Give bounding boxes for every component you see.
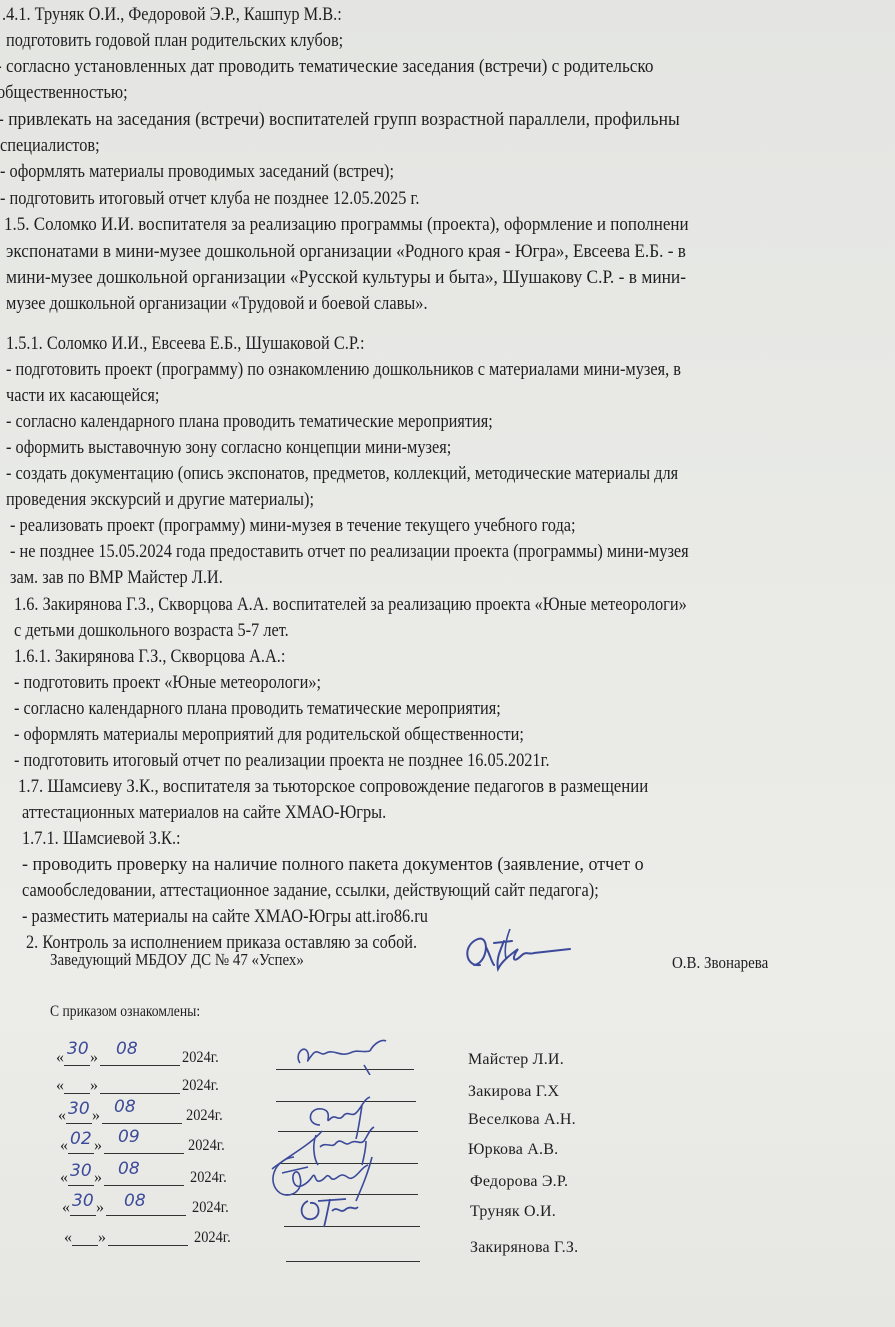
text-line: - не позднее 15.05.2024 года предоставит… bbox=[10, 541, 689, 563]
day-blank bbox=[64, 1075, 90, 1094]
year: 2024г. bbox=[192, 1199, 229, 1217]
month-blank bbox=[106, 1197, 186, 1216]
text-line: - подготовить итоговый отчет по реализац… bbox=[14, 750, 550, 772]
open-quote: « bbox=[58, 1107, 66, 1125]
text-line: - проводить проверку на наличие полного … bbox=[22, 854, 644, 876]
text-line: - подготовить проект (программу) по озна… bbox=[6, 359, 681, 381]
text-line: аттестационных материалов на сайте ХМАО-… bbox=[22, 802, 386, 824]
year: 2024г. bbox=[186, 1107, 223, 1125]
month-handwritten: 09 bbox=[118, 1127, 140, 1147]
text-line: мини-музее дошкольной организации «Русск… bbox=[6, 267, 686, 289]
month-blank bbox=[104, 1167, 184, 1186]
text-line: 1.6.1. Закирянова Г.З., Скворцова А.А.: bbox=[14, 646, 285, 668]
close-quote: » bbox=[94, 1137, 102, 1155]
text-line: проведения экскурсий и другие материалы)… bbox=[6, 489, 314, 511]
employee-name: Закирянова Г.З. bbox=[470, 1239, 578, 1257]
open-quote: « bbox=[60, 1169, 68, 1187]
employee-name: Труняк О.И. bbox=[470, 1203, 556, 1221]
text-line: - оформлять материалы мероприятий для ро… bbox=[14, 724, 524, 746]
text-line: части их касающейся; bbox=[6, 385, 159, 407]
year: 2024г. bbox=[194, 1229, 231, 1247]
text-line: экспонатами в мини-музее дошкольной орга… bbox=[6, 241, 686, 263]
text-line: - оформлять материалы проводимых заседан… bbox=[0, 161, 394, 183]
close-quote: » bbox=[98, 1229, 106, 1247]
year: 2024г. bbox=[188, 1137, 225, 1155]
employee-name: Юркова А.В. bbox=[468, 1141, 558, 1159]
text-line: - реализовать проект (программу) мини-му… bbox=[10, 515, 576, 537]
text-line: - подготовить итоговый отчет клуба не по… bbox=[0, 188, 419, 210]
month-blank bbox=[100, 1047, 180, 1066]
month-blank bbox=[108, 1227, 188, 1246]
month-handwritten: 08 bbox=[118, 1159, 140, 1179]
year: 2024г. bbox=[182, 1049, 219, 1067]
open-quote: « bbox=[56, 1049, 64, 1067]
text-line: - привлекать на заседания (встречи) восп… bbox=[0, 109, 680, 131]
text-line: зам. зав по ВМР Майстер Л.И. bbox=[10, 567, 223, 589]
day-blank bbox=[72, 1227, 98, 1246]
employee-name: Веселкова А.Н. bbox=[468, 1111, 576, 1129]
month-handwritten: 08 bbox=[124, 1191, 146, 1211]
employee-name: Федорова Э.Р. bbox=[470, 1173, 568, 1191]
director-name: О.В. Звонарева bbox=[672, 953, 768, 973]
close-quote: » bbox=[96, 1199, 104, 1217]
year: 2024г. bbox=[182, 1077, 219, 1095]
day-handwritten: 02 bbox=[70, 1129, 92, 1149]
text-line: самообследовании, аттестационное задание… bbox=[22, 880, 599, 902]
text-line: специалистов; bbox=[0, 135, 100, 157]
day-handwritten: 30 bbox=[68, 1099, 90, 1119]
day-handwritten: 30 bbox=[67, 1039, 89, 1059]
text-line: - согласно установленных дат проводить т… bbox=[0, 56, 654, 78]
text-line: 1.7.1. Шамсиевой З.К.: bbox=[22, 828, 181, 850]
employee-name: Закирова Г.Х bbox=[468, 1083, 559, 1101]
text-line: - разместить материалы на сайте ХМАО-Югр… bbox=[22, 906, 428, 928]
open-quote: « bbox=[64, 1229, 72, 1247]
text-line: - согласно календарного плана проводить … bbox=[6, 411, 493, 433]
text-line: с детьми дошкольного возраста 5-7 лет. bbox=[14, 620, 289, 642]
month-blank bbox=[100, 1075, 180, 1094]
text-line: общественностью; bbox=[0, 82, 128, 104]
director-position: Заведующий МБДОУ ДС № 47 «Успех» bbox=[50, 950, 304, 970]
document-page: .4.1. Труняк О.И., Федоровой Э.Р., Кашпу… bbox=[0, 0, 895, 1327]
text-line: - согласно календарного плана проводить … bbox=[14, 698, 501, 720]
text-line: - создать документацию (опись экспонатов… bbox=[6, 463, 678, 485]
employee-name: Майстер Л.И. bbox=[468, 1051, 564, 1069]
text-line: - оформить выставочную зону согласно кон… bbox=[6, 437, 451, 459]
open-quote: « bbox=[56, 1077, 64, 1095]
signature-line bbox=[286, 1260, 420, 1262]
text-line: - подготовить проект «Юные метеорологи»; bbox=[14, 672, 321, 694]
day-handwritten: 30 bbox=[70, 1161, 92, 1181]
text-line: .4.1. Труняк О.И., Федоровой Э.Р., Кашпу… bbox=[2, 4, 342, 26]
text-line: 1.5. Соломко И.И. воспитателя за реализа… bbox=[4, 214, 689, 236]
text-line: 1.6. Закирянова Г.З., Скворцова А.А. вос… bbox=[14, 594, 687, 616]
acknowledgement-row: « 30 » 08 2024г. Труняк О.И. bbox=[0, 1195, 895, 1225]
month-handwritten: 08 bbox=[114, 1097, 136, 1117]
month-blank bbox=[104, 1135, 184, 1154]
director-signature-icon bbox=[460, 925, 590, 985]
text-line: музее дошкольной организации «Трудовой и… bbox=[6, 293, 428, 315]
text-line: 1.7. Шамсиеву З.К., воспитателя за тьюто… bbox=[18, 776, 648, 798]
open-quote: « bbox=[62, 1199, 70, 1217]
acknowledgement-row: « 30 » 08 2024г. Майстер Л.И. bbox=[0, 1047, 895, 1077]
year: 2024г. bbox=[190, 1169, 227, 1187]
close-quote: » bbox=[90, 1077, 98, 1095]
open-quote: « bbox=[60, 1137, 68, 1155]
close-quote: » bbox=[94, 1169, 102, 1187]
month-handwritten: 08 bbox=[116, 1039, 138, 1059]
close-quote: » bbox=[90, 1049, 98, 1067]
close-quote: » bbox=[92, 1107, 100, 1125]
signature-icon bbox=[290, 1035, 400, 1080]
text-line: 1.5.1. Соломко И.И., Евсеева Е.Б., Шушак… bbox=[6, 333, 364, 355]
text-line: подготовить годовой план родительских кл… bbox=[6, 30, 343, 52]
acknowledgement-heading: С приказом ознакомлены: bbox=[50, 1003, 200, 1021]
acknowledgement-row: « » 2024г. Закирянова Г.З. bbox=[0, 1225, 895, 1255]
day-handwritten: 30 bbox=[72, 1191, 94, 1211]
